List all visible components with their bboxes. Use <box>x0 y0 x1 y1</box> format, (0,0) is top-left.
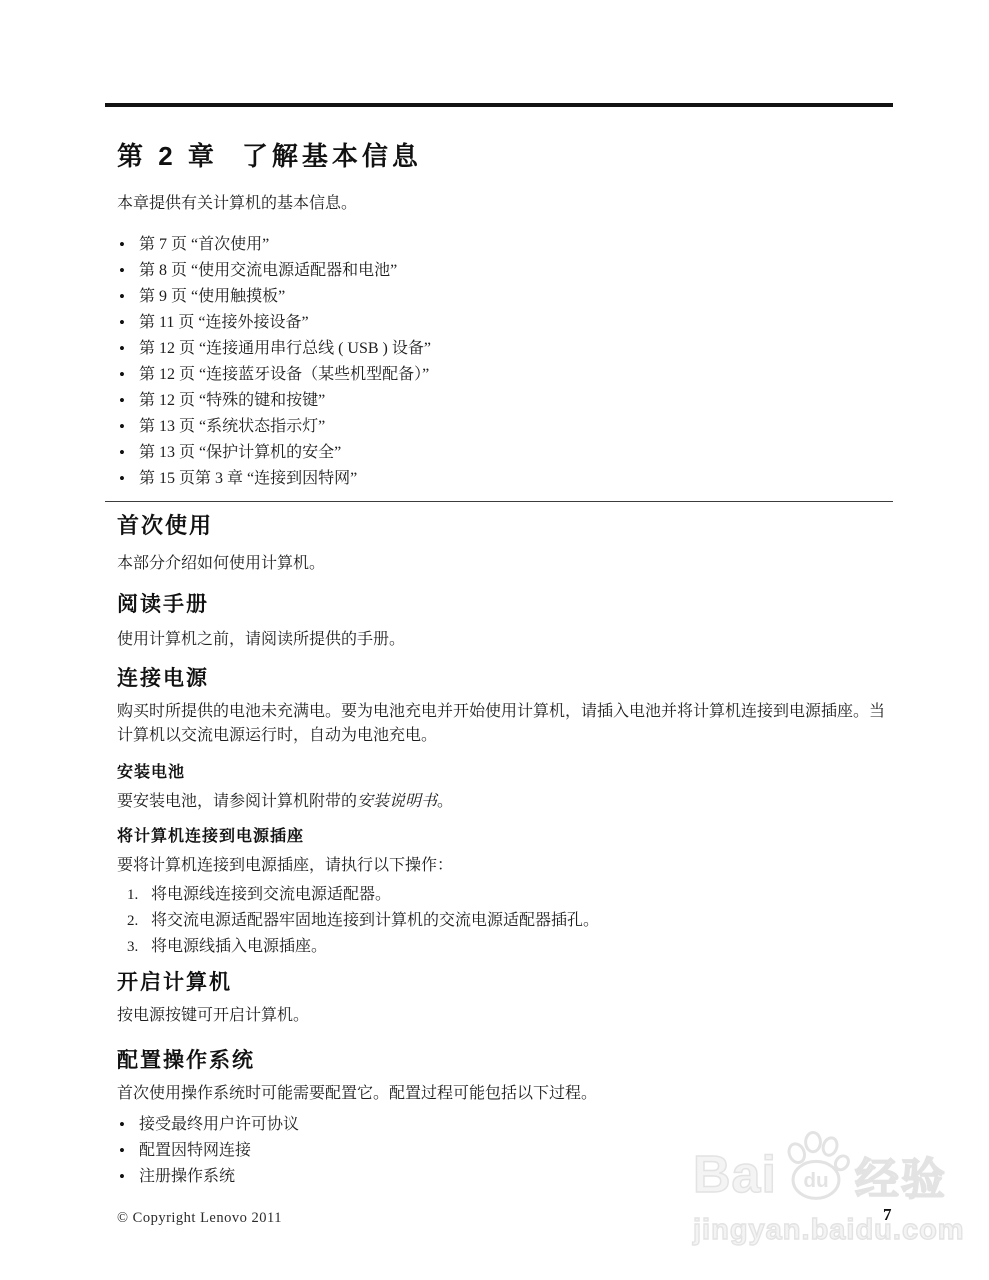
subsection-title-connect-power: 连接电源 <box>117 666 893 692</box>
toc-item: 第 9 页 “使用触摸板” <box>117 284 893 310</box>
minor-heading-install-battery: 安装电池 <box>117 762 893 784</box>
baidu-logo: Bai du 经验 <box>693 1138 989 1212</box>
baidu-logo-bai: Bai <box>693 1145 777 1205</box>
baidu-jingyan-watermark: Bai du 经验 jingyan.baidu.com <box>693 1138 989 1247</box>
minor-heading-connect-outlet: 将计算机连接到电源插座 <box>117 826 893 848</box>
toc-item: 第 13 页 “系统状态指示灯” <box>117 414 893 440</box>
toc-item: 第 11 页 “连接外接设备” <box>117 310 893 336</box>
toc-item: 第 12 页 “特殊的键和按键” <box>117 388 893 414</box>
subsection-title-configure-os: 配置操作系统 <box>117 1048 893 1074</box>
step-item: 将交流电源适配器牢固地连接到计算机的交流电源适配器插孔。 <box>117 908 893 934</box>
paragraph: 购买时所提供的电池未充满电。要为电池充电并开始使用计算机，请插入电池并将计算机连… <box>117 700 893 748</box>
section-title-first-use: 首次使用 <box>117 512 893 540</box>
paragraph-text: 要安装电池，请参阅计算机附带的 <box>117 793 357 810</box>
step-item: 将电源线插入电源插座。 <box>117 934 893 960</box>
chapter-intro: 本章提供有关计算机的基本信息。 <box>117 192 893 216</box>
section-divider-rule <box>105 501 893 502</box>
toc-item: 第 12 页 “连接蓝牙设备（某些机型配备）” <box>117 362 893 388</box>
chapter-number: 第 2 章 <box>117 141 218 171</box>
footer-copyright: © Copyright Lenovo 2011 <box>117 1210 282 1227</box>
toc-item: 第 15 页第 3 章 “连接到因特网” <box>117 466 893 492</box>
subsection-title-read-manual: 阅读手册 <box>117 592 893 618</box>
paragraph: 要将计算机连接到电源插座，请执行以下操作： <box>117 854 893 878</box>
steps-list: 将电源线连接到交流电源适配器。 将交流电源适配器牢固地连接到计算机的交流电源适配… <box>117 882 893 960</box>
step-item: 将电源线连接到交流电源适配器。 <box>117 882 893 908</box>
toc-item: 第 12 页 “连接通用串行总线 ( USB ) 设备” <box>117 336 893 362</box>
paragraph: 使用计算机之前，请阅读所提供的手册。 <box>117 628 893 652</box>
svg-text:du: du <box>803 1169 828 1192</box>
chapter-top-rule <box>105 103 893 107</box>
chapter-title: 第 2 章了解基本信息 <box>117 141 893 172</box>
page-number: 7 <box>883 1205 892 1225</box>
paragraph-text: 。 <box>437 793 453 810</box>
toc-item: 第 13 页 “保护计算机的安全” <box>117 440 893 466</box>
document-title-italic: 安装说明书 <box>357 793 437 810</box>
toc-list: 第 7 页 “首次使用” 第 8 页 “使用交流电源适配器和电池” 第 9 页 … <box>117 232 893 492</box>
paragraph: 按电源按键可开启计算机。 <box>117 1004 893 1028</box>
baidu-logo-jingyan: 经验 <box>855 1143 947 1207</box>
baidu-paw-icon: du <box>779 1131 853 1205</box>
subsection-title-power-on: 开启计算机 <box>117 970 893 996</box>
chapter-title-text: 了解基本信息 <box>242 141 422 171</box>
list-item: 接受最终用户许可协议 <box>117 1112 893 1138</box>
paragraph: 首次使用操作系统时可能需要配置它。配置过程可能包括以下过程。 <box>117 1082 893 1106</box>
manual-page: 第 2 章了解基本信息 本章提供有关计算机的基本信息。 第 7 页 “首次使用”… <box>0 0 989 1280</box>
toc-item: 第 7 页 “首次使用” <box>117 232 893 258</box>
toc-item: 第 8 页 “使用交流电源适配器和电池” <box>117 258 893 284</box>
paragraph: 要安装电池，请参阅计算机附带的安装说明书。 <box>117 790 893 814</box>
watermark-url: jingyan.baidu.com <box>693 1214 989 1247</box>
paragraph: 本部分介绍如何使用计算机。 <box>117 552 893 576</box>
